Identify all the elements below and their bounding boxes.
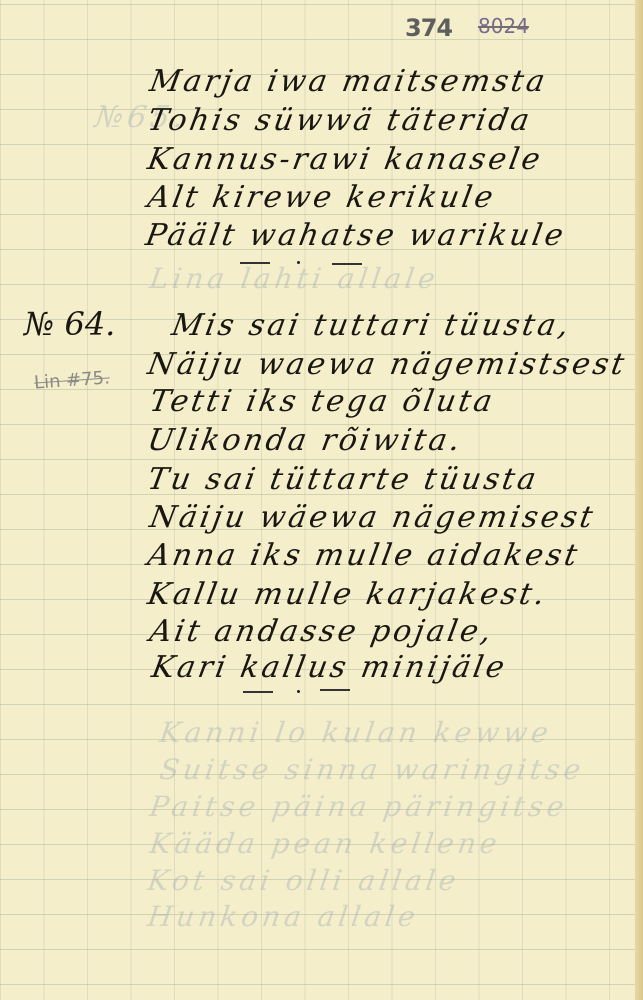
bleed-through-line: Kot sai olli allale (146, 864, 462, 897)
verse-line: Kari kallus minijäle (149, 650, 510, 685)
verse-line: Marja iwa maitsemsta (147, 64, 550, 99)
bleed-through-line: Hunkona allale (146, 900, 421, 933)
verse-line: Alt kirewe kerikule (145, 180, 499, 215)
separator-dash (243, 691, 273, 693)
separator-dot (297, 690, 300, 693)
verse-line: Tu sai tüttarte tüusta (145, 462, 542, 497)
verse-line: Anna iks mulle aidakest (145, 538, 583, 573)
bleed-through-line: Kanni lo kulan kewwe (158, 716, 555, 749)
verse-line: Näiju waewa nägemistsest (145, 347, 630, 382)
verse-line: Kallu mulle karjakest. (145, 577, 550, 612)
verse-line: Näiju wäewa nägemisest (147, 500, 598, 535)
bleed-through-line: Paitse päina päringitse (148, 790, 570, 823)
verse-line: Mis sai tuttari tüusta, (169, 308, 574, 343)
separator-dot (297, 261, 300, 264)
verse-line: Ait andasse pojale, (147, 614, 497, 649)
verse-line: Tetti iks tega õluta (147, 384, 498, 419)
manuscript-page: 374 8024 №65. Lina lahti allale Kanni lo… (0, 0, 643, 1000)
archive-number: 374 (405, 14, 452, 42)
bleed-through-line: Suitse sinna waringitse (158, 753, 587, 786)
separator-dash (240, 262, 270, 264)
verse-line: Päält wahatse warikule (143, 218, 569, 253)
bleed-through-line: Lina lahti allale (148, 262, 441, 295)
poem-number: № 64. (24, 305, 115, 343)
verse-line: Ulikonda rõiwita. (145, 423, 466, 458)
verse-line: Kannus-rawi kanasele (145, 142, 546, 177)
separator-dash (320, 689, 350, 691)
separator-dash (332, 263, 362, 265)
bleed-through-line: Kääda pean kellene (148, 827, 503, 860)
verse-line: Tohis süwwä täterida (145, 103, 535, 138)
struck-old-number: 8024 (478, 14, 529, 38)
pencil-note-struck: Lin #75. (33, 367, 110, 393)
